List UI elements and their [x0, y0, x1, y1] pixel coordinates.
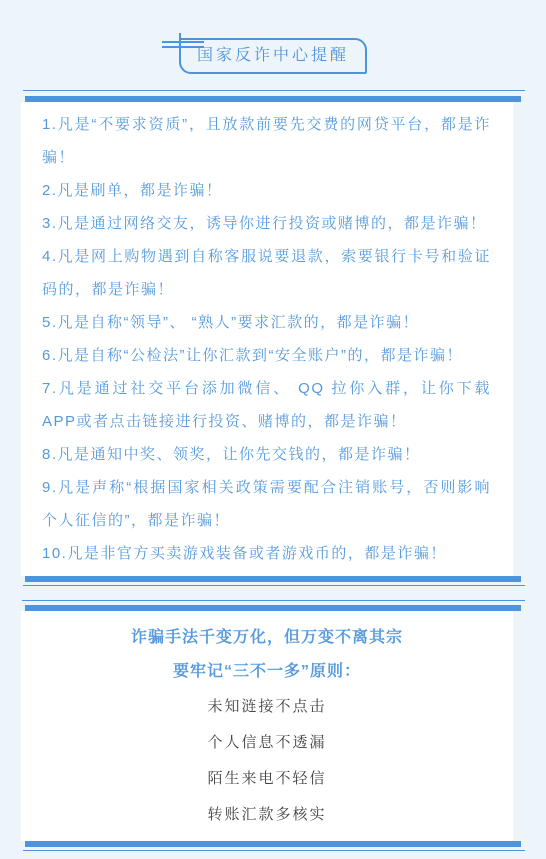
warning-item: 7.凡是通过社交平台添加微信、 QQ 拉你入群，让你下载APP或者点击链接进行投… — [42, 372, 491, 438]
double-line-icon — [162, 46, 204, 48]
warning-item: 3.凡是通过网络交友，诱导你进行投资或赌博的，都是诈骗！ — [42, 207, 491, 240]
warning-item: 8.凡是通知中奖、领奖，让你先交钱的，都是诈骗！ — [42, 438, 491, 471]
warning-item: 1.凡是“不要求资质”，且放款前要先交费的网贷平台，都是诈骗！ — [42, 108, 491, 174]
warning-item: 10.凡是非官方买卖游戏装备或者游戏币的，都是诈骗！ — [42, 537, 491, 570]
divider-thick — [25, 576, 521, 582]
summary-heading-2: 要牢记“三不一多”原则： — [31, 655, 503, 689]
principle-item: 转账汇款多核实 — [31, 797, 503, 833]
warning-item: 2.凡是刷单，都是诈骗！ — [42, 174, 491, 207]
divider-thin — [23, 585, 525, 586]
title-box: 国家反诈中心提醒 — [179, 38, 367, 74]
summary-heading-1: 诈骗手法千变万化，但万变不离其宗 — [31, 621, 503, 655]
warning-item: 4.凡是网上购物遇到自称客服说要退款，索要银行卡号和验证码的，都是诈骗！ — [42, 240, 491, 306]
divider-thin — [22, 600, 525, 601]
summary-panel: 诈骗手法千变万化，但万变不离其宗 要牢记“三不一多”原则： 未知涟接不点击 个人… — [21, 611, 513, 841]
warnings-panel: 1.凡是“不要求资质”，且放款前要先交费的网贷平台，都是诈骗！ 2.凡是刷单，都… — [21, 102, 513, 576]
warning-item: 5.凡是自称“领导”、 “熟人”要求汇款的，都是诈骗！ — [42, 306, 491, 339]
divider-thin — [23, 90, 525, 91]
divider-thick — [25, 841, 521, 847]
warnings-section: 1.凡是“不要求资质”，且放款前要先交费的网贷平台，都是诈骗！ 2.凡是刷单，都… — [0, 90, 546, 586]
principle-item: 陌生来电不轻信 — [31, 761, 503, 797]
summary-section: 诈骗手法千变万化，但万变不离其宗 要牢记“三不一多”原则： 未知涟接不点击 个人… — [0, 600, 546, 851]
page-title: 国家反诈中心提醒 — [197, 47, 349, 64]
page: { "page": { "background_color": "#edf5fb… — [0, 0, 546, 859]
warning-item: 6.凡是自称“公检法”让你汇款到“安全账户”的，都是诈骗！ — [42, 339, 491, 372]
warning-item: 9.凡是声称“根据国家相关政策需要配合注销账号，否则影响个人征信的”，都是诈骗！ — [42, 471, 491, 537]
double-line-icon — [162, 41, 204, 43]
header: 国家反诈中心提醒 — [0, 0, 546, 74]
principle-item: 个人信息不透漏 — [31, 725, 503, 761]
principle-item: 未知涟接不点击 — [31, 689, 503, 725]
divider-thin — [23, 850, 525, 851]
